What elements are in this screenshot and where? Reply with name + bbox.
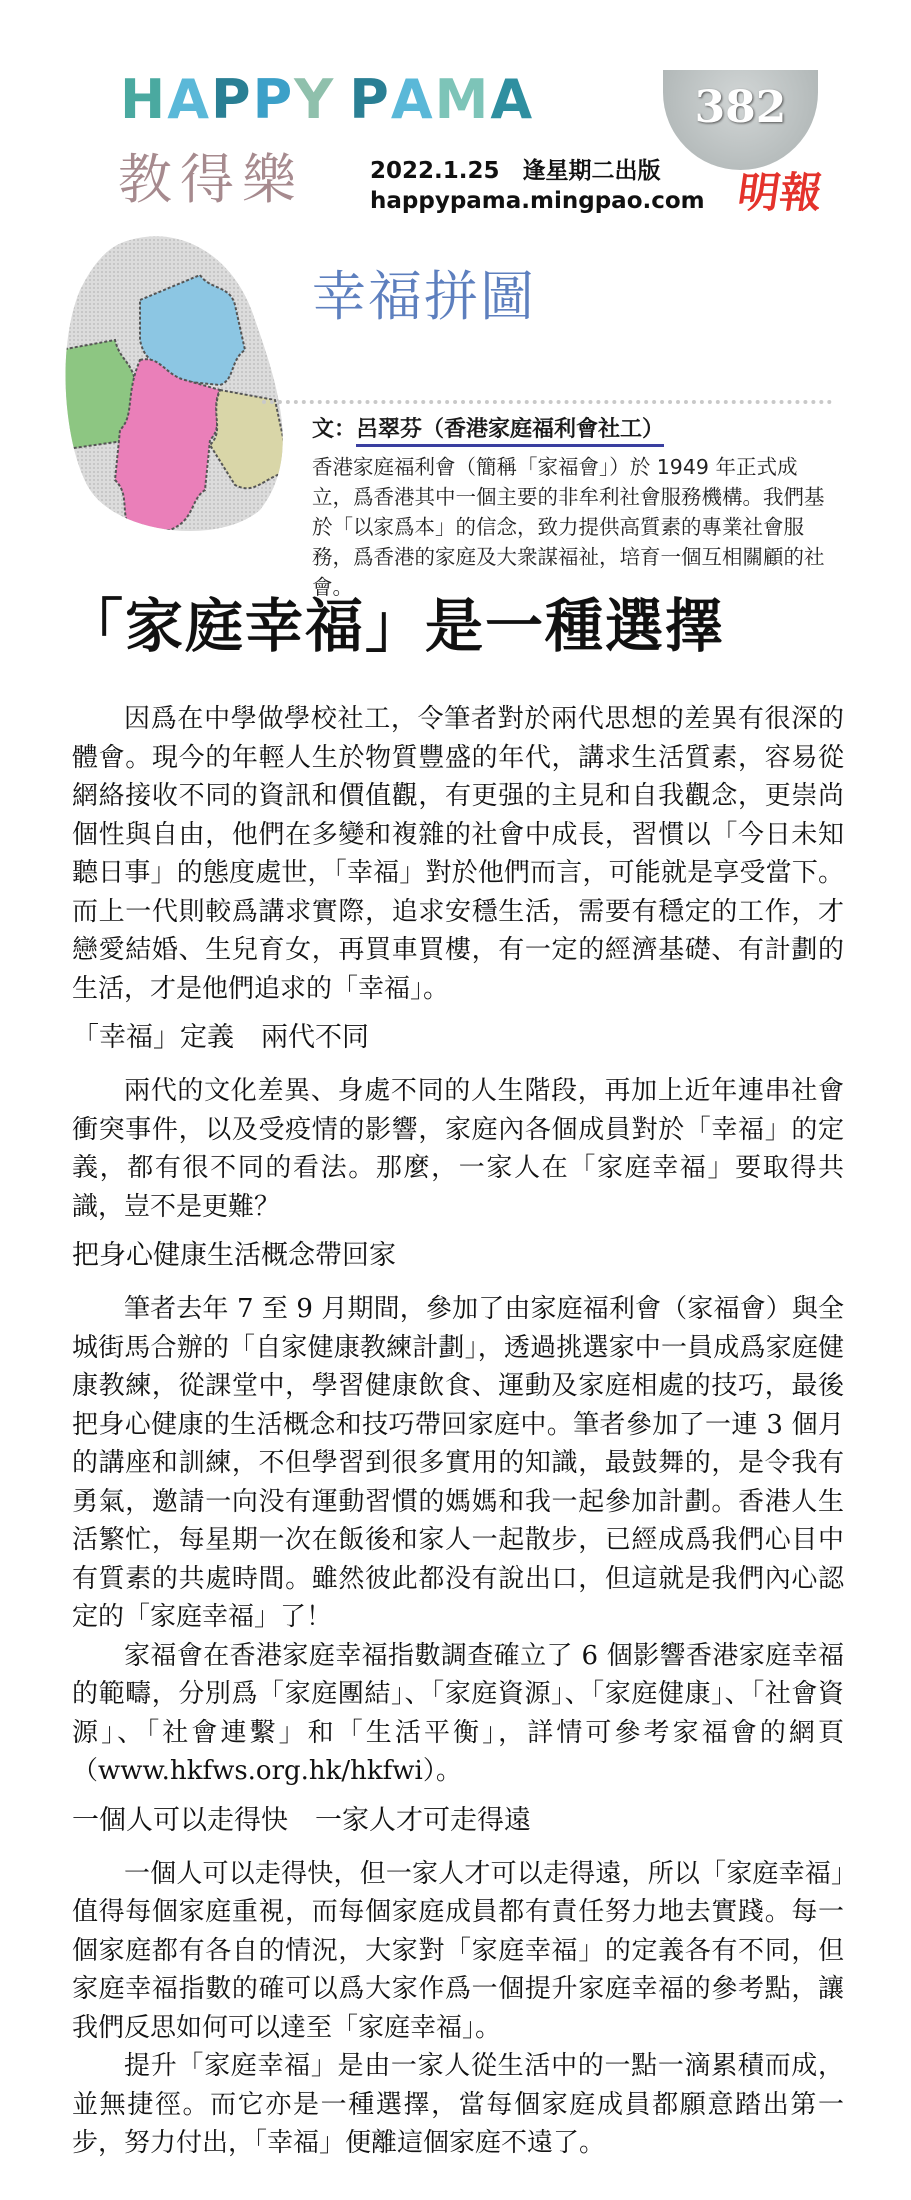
logo-letter: M (435, 70, 491, 130)
logo-letter: P (211, 70, 253, 130)
publisher-logo: 明報 (734, 168, 825, 218)
dotted-divider (262, 400, 832, 412)
subheading: 一個人可以走得快 一家人才可走得遠 (72, 1801, 844, 1841)
paragraph: 提升「家庭幸福」是由一家人從生活中的一點一滴累積而成，並無捷徑。而它亦是一種選擇… (72, 2047, 844, 2163)
logo-letter: A (391, 70, 435, 130)
article-body: 因爲在中學做學校社工，令筆者對於兩代思想的差異有很深的體會。現今的年輕人生於物質… (72, 700, 844, 2163)
organization-intro: 香港家庭福利會（簡稱「家福會」）於 1949 年正式成立，爲香港其中一個主要的非… (312, 452, 837, 602)
paragraph: 因爲在中學做學校社工，令筆者對於兩代思想的差異有很深的體會。現今的年輕人生於物質… (72, 700, 844, 1008)
logo-letter: P (253, 70, 295, 130)
puzzle-illustration-icon (60, 230, 290, 535)
paragraph: 一個人可以走得快，但一家人才可以走得遠，所以「家庭幸福」值得每個家庭重視，而每個… (72, 1855, 844, 2048)
issue-badge: 382 (663, 70, 818, 170)
subheading: 「幸福」定義 兩代不同 (72, 1018, 844, 1058)
column-title: 幸福拼圖 (312, 265, 536, 329)
logo-letter: P (349, 70, 391, 130)
publication-date: 2022.1.25 逢星期二出版 (370, 157, 661, 185)
paragraph: 筆者去年 7 至 9 月期間，參加了由家庭福利會（家福會）與全城街馬合辦的「自家… (72, 1290, 844, 1637)
paragraph: 兩代的文化差異、身處不同的人生階段，再加上近年連串社會衝突事件，以及受疫情的影響… (72, 1072, 844, 1226)
logo-letter: Y (294, 70, 335, 130)
subheading: 把身心健康生活概念帶回家 (72, 1236, 844, 1276)
logo-letter: A (167, 70, 211, 130)
brand-chinese-title: 教得樂 (118, 150, 304, 210)
paragraph: 家福會在香港家庭幸福指數調查確立了 6 個影響香港家庭幸福的範疇，分別爲「家庭團… (72, 1637, 844, 1791)
logo-letter: A (490, 70, 534, 130)
byline-prefix: 文： (312, 416, 356, 442)
logo-letter: H (120, 70, 167, 130)
byline: 文：呂翠芬（香港家庭福利會社工） (312, 412, 664, 446)
happy-pama-logo: HAPPYPAMA (120, 70, 534, 130)
article-headline: 「家庭幸福」是一種選擇 (65, 590, 725, 662)
issue-number: 382 (663, 78, 818, 138)
byline-author: 呂翠芬（香港家庭福利會社工） (356, 416, 664, 447)
website-link[interactable]: happypama.mingpao.com (370, 187, 705, 215)
